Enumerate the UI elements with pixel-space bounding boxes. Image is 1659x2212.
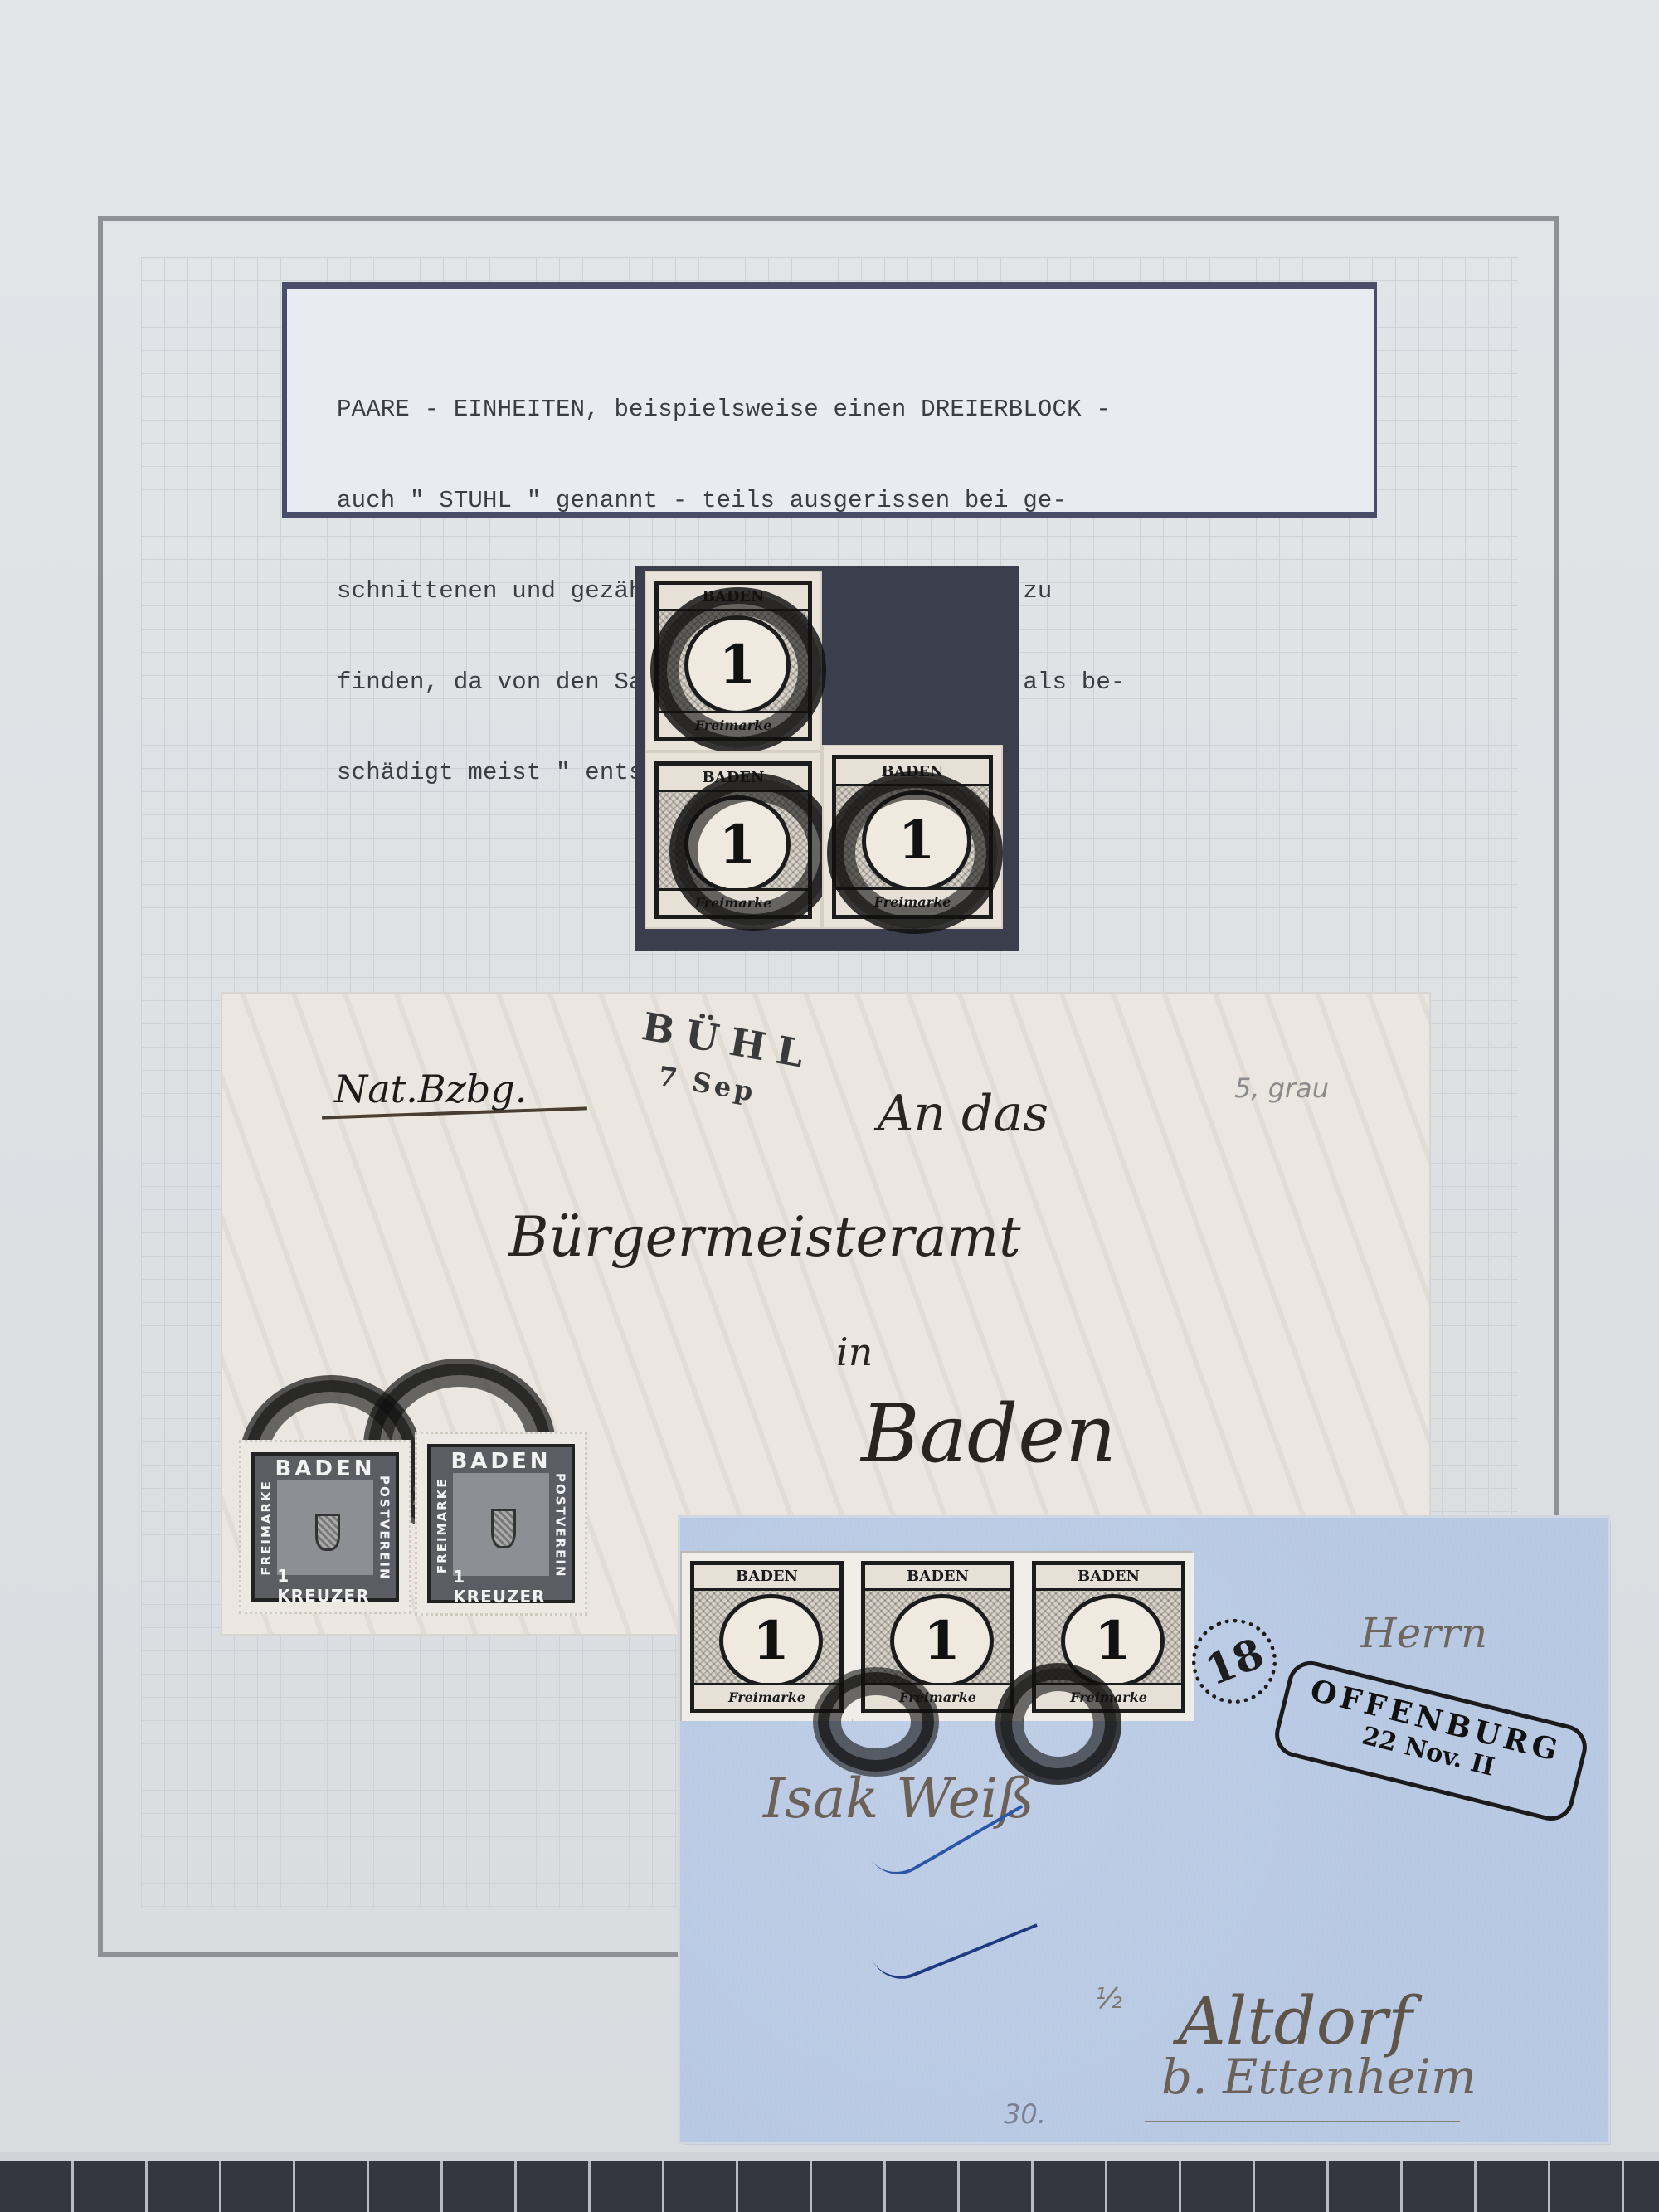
pencil-note: 30. [1004, 2098, 1046, 2130]
numeral-cancel: 18 [1180, 1607, 1290, 1717]
stamp-baden-1kr-right: BADEN FREIMARKE POSTVEREIN 1 KREUZER [415, 1432, 587, 1616]
stamp-value: 1 KREUZER [453, 1576, 549, 1599]
address-line-4: b. Ettenheim [1161, 2049, 1477, 2105]
stamp-country: BADEN [865, 1565, 1010, 1591]
postmark-time: II [1467, 1748, 1497, 1782]
coat-of-arms [277, 1480, 373, 1575]
address-underline [1145, 2121, 1460, 2122]
shield-icon [491, 1509, 515, 1548]
address-line-3: in [836, 1330, 873, 1374]
stamp-left-text: FREIMARKE [432, 1478, 452, 1573]
postmark-date: 7 Sep [656, 1060, 759, 1108]
blue-crayon-mark [870, 1893, 1038, 1989]
annotation-handwritten: Nat.Bzbg. [334, 1067, 527, 1111]
stamp-value: 1 [719, 1594, 824, 1689]
stamp-right-text: POSTVEREIN [375, 1484, 395, 1573]
description-card: PAARE - EINHEITEN, beispielsweise einen … [282, 282, 1377, 518]
stamp-country: BADEN [694, 1565, 839, 1591]
pencil-note: 5, grau [1234, 1072, 1329, 1104]
stamp-right-text: POSTVEREIN [551, 1478, 571, 1573]
stamp-strip-of-three: BADEN 1 Freimarke BADEN 1 Freimarke BADE… [680, 1551, 1192, 1721]
stamp-1kr-bottom-left: BADEN 1 Freimarke [645, 751, 822, 929]
ring-cancel [650, 587, 826, 753]
coat-of-arms [453, 1473, 549, 1575]
ring-cancel [813, 1667, 939, 1777]
address-line-4: Baden [861, 1388, 1117, 1480]
stamp-country: BADEN [277, 1458, 373, 1480]
description-line: PAARE - EINHEITEN, beispielsweise einen … [337, 395, 1332, 425]
stamp-country: BADEN [1036, 1565, 1181, 1591]
shield-icon [315, 1514, 339, 1551]
ring-cancel [827, 771, 1003, 934]
description-line: auch " STUHL " genannt - teils ausgeriss… [337, 486, 1332, 517]
stamp-left-text: FREIMARKE [256, 1484, 276, 1573]
stuhl-block[interactable]: BADEN 1 Freimarke BADEN 1 Freimarke BADE… [645, 571, 1011, 932]
pencil-note: ½ [1095, 1982, 1122, 2015]
stamp-value: 1 KREUZER [277, 1575, 373, 1597]
stamp-country: BADEN [453, 1451, 549, 1474]
postmark-offenburg: OFFENBURG 22 Nov. II [1270, 1656, 1592, 1826]
ring-cancel [669, 773, 837, 931]
stamp-baden-1kr-left: BADEN FREIMARKE POSTVEREIN 1 KREUZER [239, 1440, 411, 1614]
stamp-1kr-top: BADEN 1 Freimarke [645, 571, 822, 751]
address-line-1: Herrn [1360, 1609, 1487, 1657]
address-line-1: An das [878, 1085, 1048, 1143]
stamp-1kr-bottom-right: BADEN 1 Freimarke [822, 745, 1003, 929]
binder-strip [0, 2152, 1659, 2212]
address-line-2: Bürgermeisteramt [508, 1205, 1021, 1269]
cover-offenburg[interactable]: BADEN 1 Freimarke BADEN 1 Freimarke BADE… [680, 1518, 1608, 2142]
